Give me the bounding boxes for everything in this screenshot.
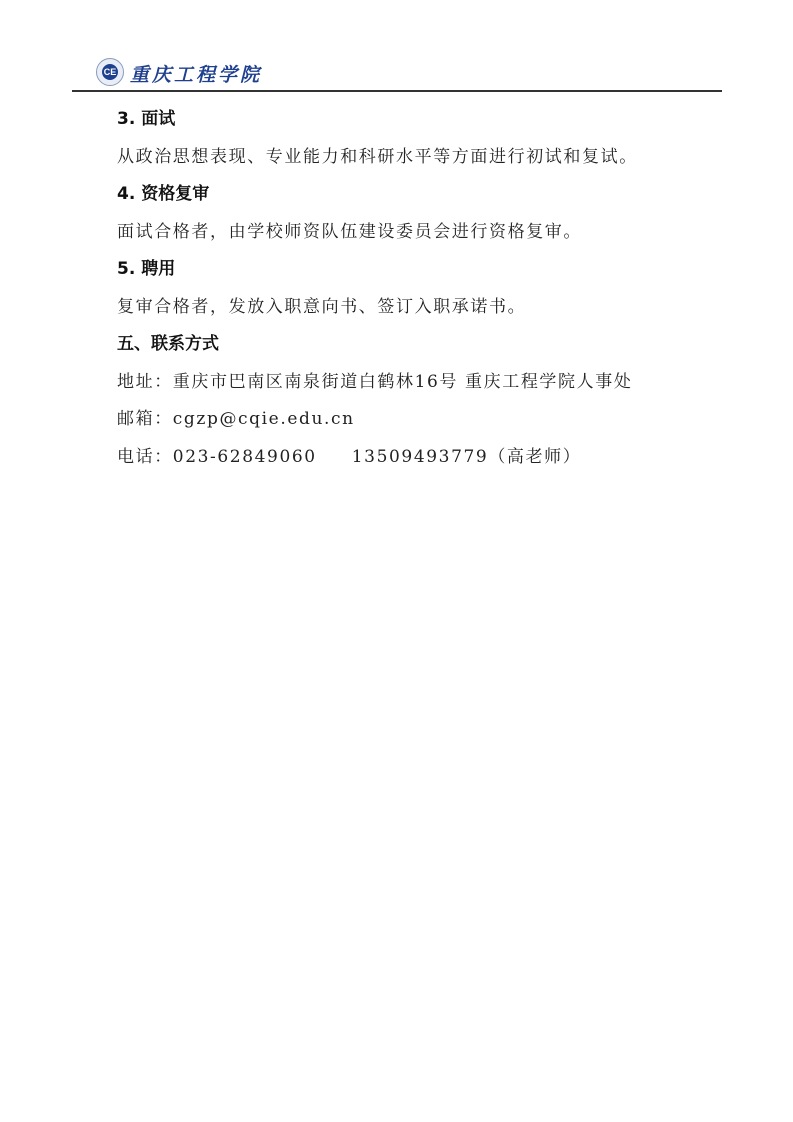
page-header: CE 重庆工程学院: [72, 52, 722, 92]
section-heading-interview: 3. 面试: [117, 106, 727, 144]
section-heading-contact: 五、联系方式: [117, 331, 727, 369]
section-text-employment: 复审合格者，发放入职意向书、签订入职承诺书。: [117, 294, 727, 332]
section-text-interview: 从政治思想表现、专业能力和科研水平等方面进行初试和复试。: [117, 144, 727, 182]
school-logo-icon: CE: [96, 58, 124, 86]
section-text-qualification-review: 面试合格者，由学校师资队伍建设委员会进行资格复审。: [117, 219, 727, 257]
contact-email: 邮箱：cgzp@cqie.edu.cn: [117, 406, 727, 444]
section-heading-qualification-review: 4. 资格复审: [117, 181, 727, 219]
section-heading-employment: 5. 聘用: [117, 256, 727, 294]
document-body: 3. 面试 从政治思想表现、专业能力和科研水平等方面进行初试和复试。 4. 资格…: [117, 106, 727, 481]
school-name: 重庆工程学院: [130, 60, 262, 87]
header-divider: [72, 90, 722, 92]
contact-address: 地址：重庆市巴南区南泉街道白鹤林16号 重庆工程学院人事处: [117, 369, 727, 407]
contact-phone: 电话：023-62849060 13509493779（高老师）: [117, 444, 727, 482]
logo-emblem: CE: [102, 64, 118, 80]
